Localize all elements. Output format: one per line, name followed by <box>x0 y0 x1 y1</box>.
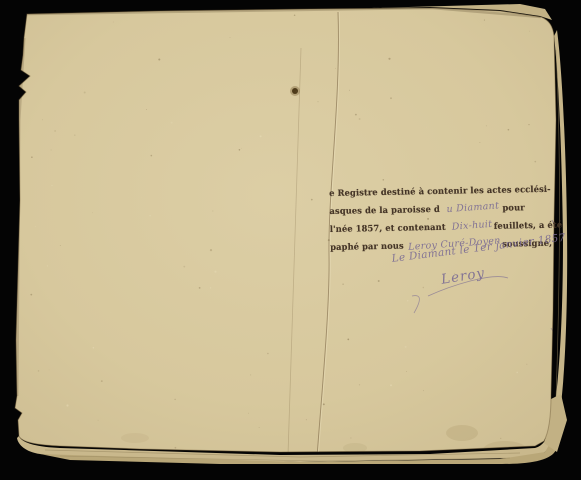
manuscript-parish-name: u Diamant <box>446 197 500 218</box>
foxing-smudge <box>121 433 149 443</box>
ink-stain-spot <box>292 88 298 94</box>
foxing-smudge <box>446 425 478 441</box>
printed-text: pour <box>502 200 525 217</box>
printed-text: asques de la paroisse d <box>329 202 440 221</box>
printed-text: l'née 1857, et contenant <box>330 220 446 239</box>
scanned-document-photo: e Registre destiné à contenir les actes … <box>0 0 581 480</box>
